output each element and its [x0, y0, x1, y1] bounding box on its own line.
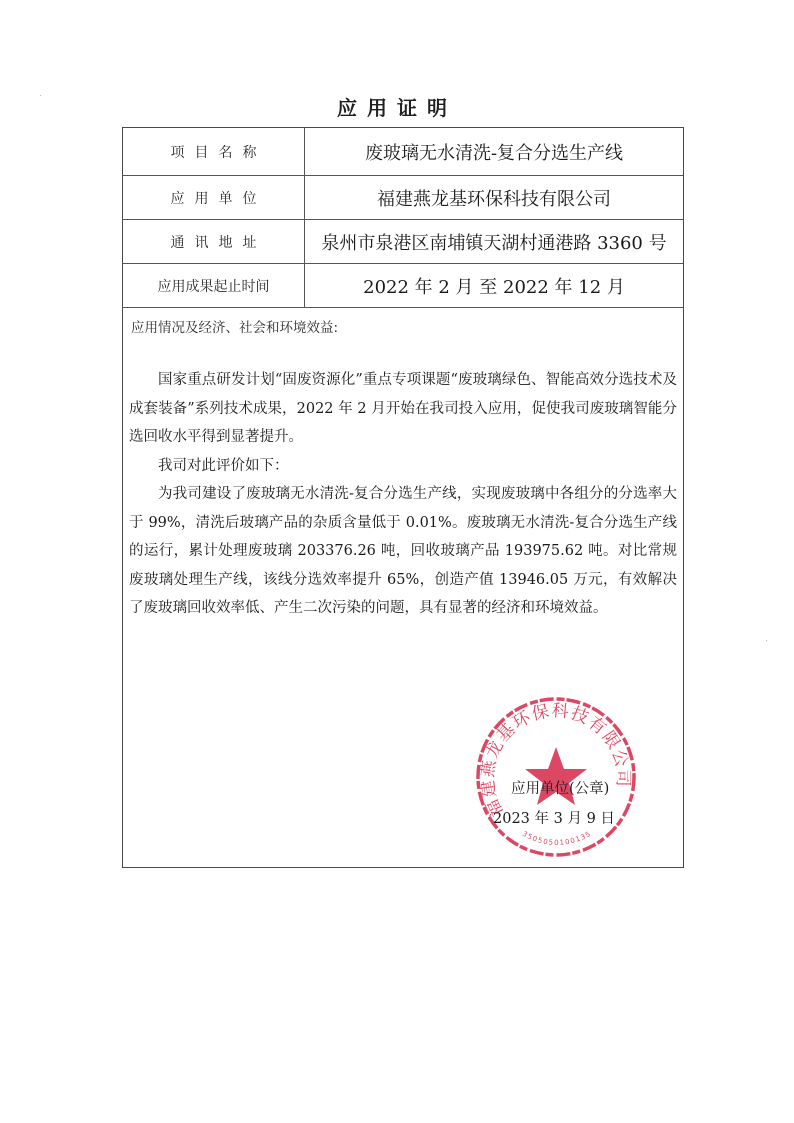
- benefits-text: 国家重点研发计划“固废资源化”重点专项课题“废玻璃绿色、智能高效分选技术及成套装…: [129, 366, 677, 623]
- paragraph-background: 国家重点研发计划“固废资源化”重点专项课题“废玻璃绿色、智能高效分选技术及成套装…: [129, 366, 677, 452]
- table-row-address: 通讯地址 泉州市泉港区南埔镇天湖村通港路 3360 号: [123, 220, 683, 264]
- signature-unit-label: 应用单位(公章): [493, 774, 615, 804]
- table-row-project-name: 项目名称 废玻璃无水清洗-复合分选生产线: [123, 128, 683, 176]
- scan-speck: [766, 640, 767, 641]
- scan-speck: [40, 95, 41, 96]
- signature-block: 应用单位(公章) 2023 年 3 月 9 日: [493, 774, 615, 834]
- paragraph-evaluation: 为我司建设了废玻璃无水清洗-复合分选生产线，实现废玻璃中各组分的分选率大于 99…: [129, 480, 677, 623]
- signature-date: 2023 年 3 月 9 日: [493, 804, 615, 834]
- label-application-unit: 应用单位: [123, 176, 305, 219]
- value-project-name: 废玻璃无水清洗-复合分选生产线: [305, 128, 683, 175]
- benefits-cell: 应用情况及经济、社会和环境效益: 国家重点研发计划“固废资源化”重点专项课题“废…: [123, 308, 683, 867]
- paragraph-evaluation-intro: 我司对此评价如下：: [129, 452, 677, 481]
- label-project-name: 项目名称: [123, 128, 305, 175]
- page-title: 应用证明: [0, 92, 794, 121]
- benefits-heading: 应用情况及经济、社会和环境效益:: [131, 316, 338, 336]
- label-period: 应用成果起止时间: [123, 264, 305, 307]
- table-row-period: 应用成果起止时间 2022 年 2 月 至 2022 年 12 月: [123, 264, 683, 308]
- value-application-unit: 福建燕龙基环保科技有限公司: [305, 176, 683, 219]
- label-address: 通讯地址: [123, 220, 305, 263]
- table-row-application-unit: 应用单位 福建燕龙基环保科技有限公司: [123, 176, 683, 220]
- value-address: 泉州市泉港区南埔镇天湖村通港路 3360 号: [305, 220, 683, 263]
- value-period: 2022 年 2 月 至 2022 年 12 月: [305, 264, 683, 307]
